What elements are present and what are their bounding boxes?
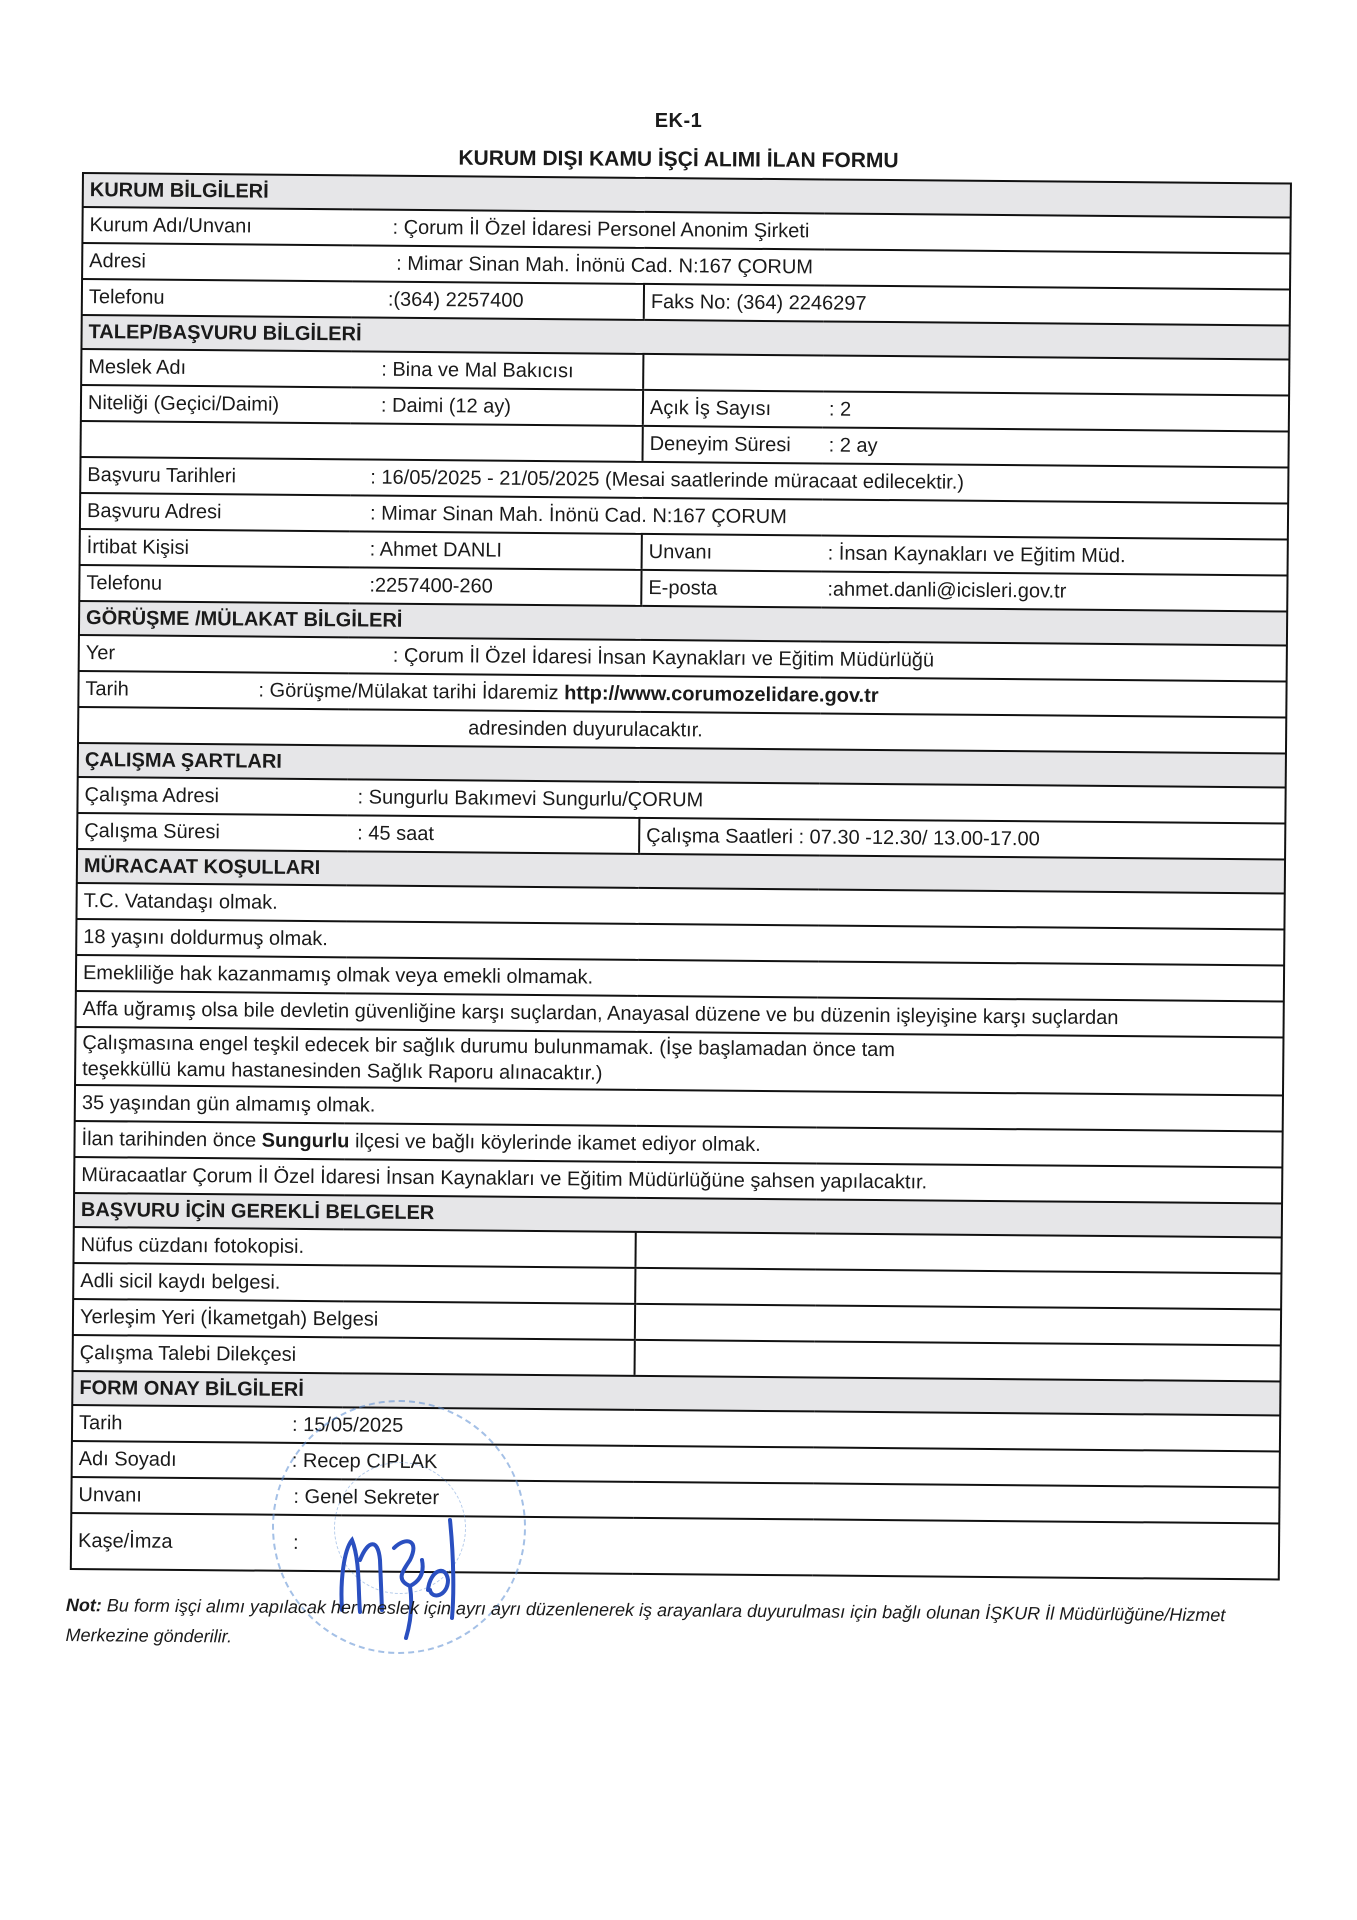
empty-cell — [78, 707, 348, 745]
job-posting-form: KURUM BİLGİLERİ Kurum Adı/Unvanı : Çorum… — [70, 172, 1292, 1581]
footer-note: Not: Bu form işçi alımı yapılacak her me… — [65, 1590, 1295, 1661]
document-text: Adli sicil kaydı belgesi. — [73, 1263, 635, 1304]
fax-value: Faks No: (364) 2246297 — [644, 284, 1290, 326]
residence-text: ilçesi ve bağlı köylerinde ikamet ediyor… — [349, 1130, 760, 1156]
form-sheet: KURUM BİLGİLERİ Kurum Adı/Unvanı : Çorum… — [70, 172, 1292, 1581]
field-label: Adresi — [82, 243, 352, 281]
field-label: Başvuru Adresi — [80, 493, 350, 531]
field-value: : — [341, 1515, 1279, 1579]
empty-cell — [635, 1304, 1281, 1346]
document-text: Yerleşim Yeri (İkametgah) Belgesi — [73, 1299, 635, 1340]
interview-url-link[interactable]: http://www.corumozelidare.gov.tr — [564, 682, 879, 707]
residence-district: Sungurlu — [262, 1130, 350, 1153]
residence-text: İlan tarihinden önce — [81, 1128, 261, 1152]
field-label: Telefonu — [79, 565, 349, 603]
row-seal-signature: Kaşe/İmza : — [71, 1513, 1279, 1580]
field-label: Çalışma Süresi — [77, 813, 347, 851]
note-label: Not: — [66, 1595, 102, 1615]
field-label: Açık İş Sayısı — [643, 390, 823, 428]
document-text: Çalışma Talebi Dilekçesi — [73, 1335, 635, 1376]
empty-cell — [635, 1340, 1281, 1382]
note-text: Bu form işçi alımı yapılacak her meslek … — [66, 1595, 1226, 1646]
empty-cell — [643, 354, 1289, 396]
field-value: : Daimi (12 ay) — [351, 387, 643, 426]
empty-cell — [635, 1268, 1281, 1310]
work-hours: Çalışma Saatleri : 07.30 -12.30/ 13.00-1… — [639, 818, 1285, 860]
field-label: Başvuru Tarihleri — [80, 457, 350, 495]
field-label: Meslek Adı — [81, 349, 351, 387]
email-value: :ahmet.danli@icisleri.gov.tr — [821, 571, 1287, 611]
form-title: KURUM DIŞI KAMU İŞÇİ ALIMI İLAN FORMU — [0, 144, 1357, 176]
field-value: : Ahmet DANLI — [350, 531, 642, 570]
condition-item: Çalışmasına engel teşkil edecek bir sağl… — [75, 1027, 1283, 1096]
field-label: Çalışma Adresi — [77, 777, 347, 815]
annex-label: EK-1 — [0, 110, 1357, 133]
field-label: E-posta — [641, 570, 821, 608]
interview-date-text: : Görüşme/Mülakat tarihi İdaremiz — [258, 680, 564, 705]
empty-cell — [635, 1232, 1281, 1274]
field-label: Niteliği (Geçici/Daimi) — [81, 385, 351, 423]
field-value: :(364) 2257400 — [352, 281, 644, 320]
empty-cell — [351, 423, 643, 462]
field-label: Kaşe/İmza — [71, 1513, 341, 1571]
field-label: Telefonu — [82, 279, 352, 317]
field-label: Deneyim Süresi — [642, 426, 822, 464]
empty-cell — [81, 421, 351, 459]
document-page: EK-1 KURUM DIŞI KAMU İŞÇİ ALIMI İLAN FOR… — [0, 0, 1357, 1920]
field-value: : İnsan Kaynakları ve Eğitim Müd. — [822, 535, 1288, 575]
field-label: Kurum Adı/Unvanı — [82, 207, 352, 245]
field-value: : 2 ay — [822, 427, 1288, 467]
field-label: Unvanı — [642, 534, 822, 572]
field-value: : 45 saat — [347, 815, 639, 854]
condition-text: Çalışmasına engel teşkil edecek bir sağl… — [75, 1027, 1283, 1096]
field-value: :2257400-260 — [349, 567, 641, 606]
field-value: : 2 — [823, 391, 1289, 431]
field-label: İrtibat Kişisi — [80, 529, 350, 567]
field-value: : Bina ve Mal Bakıcısı — [351, 351, 643, 390]
field-label: Yer — [79, 635, 349, 673]
document-text: Nüfus cüzdanı fotokopisi. — [73, 1227, 635, 1268]
